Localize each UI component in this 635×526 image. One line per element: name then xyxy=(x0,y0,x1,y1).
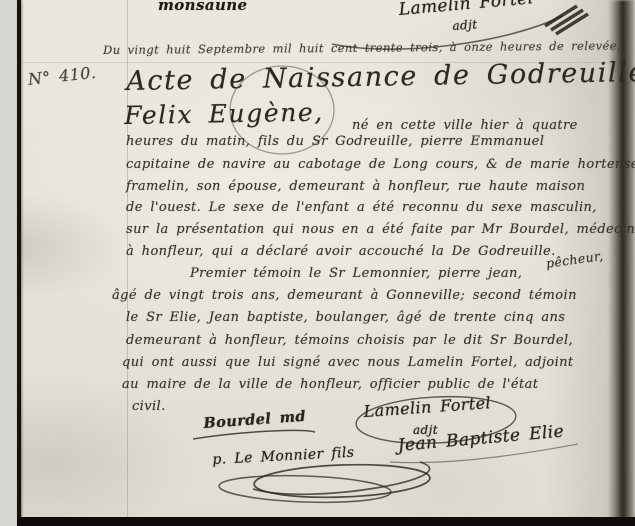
adjoint-signature-top: Lamelin Fortel xyxy=(398,0,534,20)
top-signature-hatch xyxy=(545,6,588,34)
lemonnier-paraph-tail xyxy=(253,462,430,494)
scanned-register-page: monsaune Lamelin Fortel adjt Du vingt hu… xyxy=(0,0,635,526)
scan-edge-bottom xyxy=(17,517,635,526)
witness-lemonnier-signature: p. Le Monnier fils xyxy=(212,445,355,468)
lemonnier-paraph-loop-2 xyxy=(219,473,392,505)
body-line: heures du matin, fils du Sr Godreuille, … xyxy=(126,134,544,149)
act-title-line2: Felix Eugène, xyxy=(124,98,324,130)
adjoint-signature-bottom: Lamelin Fortel xyxy=(363,393,492,421)
body-line: Premier témoin le Sr Lemonnier, pierre j… xyxy=(190,266,522,281)
date-line: Du vingt huit Septembre mil huit cent tr… xyxy=(103,38,621,57)
previous-act-fragment: monsaune xyxy=(158,0,248,14)
body-line: sur la présentation qui nous en a été fa… xyxy=(126,222,635,237)
body-line: capitaine de navire au cabotage de Long … xyxy=(126,157,635,172)
body-line: âgé de vingt trois ans, demeurant à Gonn… xyxy=(112,288,577,303)
body-line: qui ont aussi que lui signé avec nous La… xyxy=(122,355,574,370)
body-line: le Sr Elie, Jean baptiste, boulanger, âg… xyxy=(126,310,565,325)
act-title-continuation: né en cette ville hier à quatre xyxy=(352,118,578,133)
page-fold-line xyxy=(17,0,21,526)
margin-record-number: N° 410. xyxy=(27,63,97,89)
body-line: au maire de la ville de honfleur, offici… xyxy=(122,377,538,392)
body-line: framelin, son épouse, demeurant à honfle… xyxy=(126,179,585,194)
scan-edge-left xyxy=(0,0,17,526)
lemonnier-paraph-loop-1 xyxy=(253,462,430,500)
body-line: civil. xyxy=(132,399,166,414)
body-line: à honfleur, qui a déclaré avoir accouché… xyxy=(126,244,556,259)
doctor-signature-underline xyxy=(193,430,315,439)
doctor-signature: Bourdel md xyxy=(203,408,306,432)
adjoint-title-top: adjt xyxy=(452,17,478,33)
body-line: de l'ouest. Le sexe de l'enfant a été re… xyxy=(126,200,597,215)
body-line: demeurant à honfleur, témoins choisis pa… xyxy=(126,333,573,348)
